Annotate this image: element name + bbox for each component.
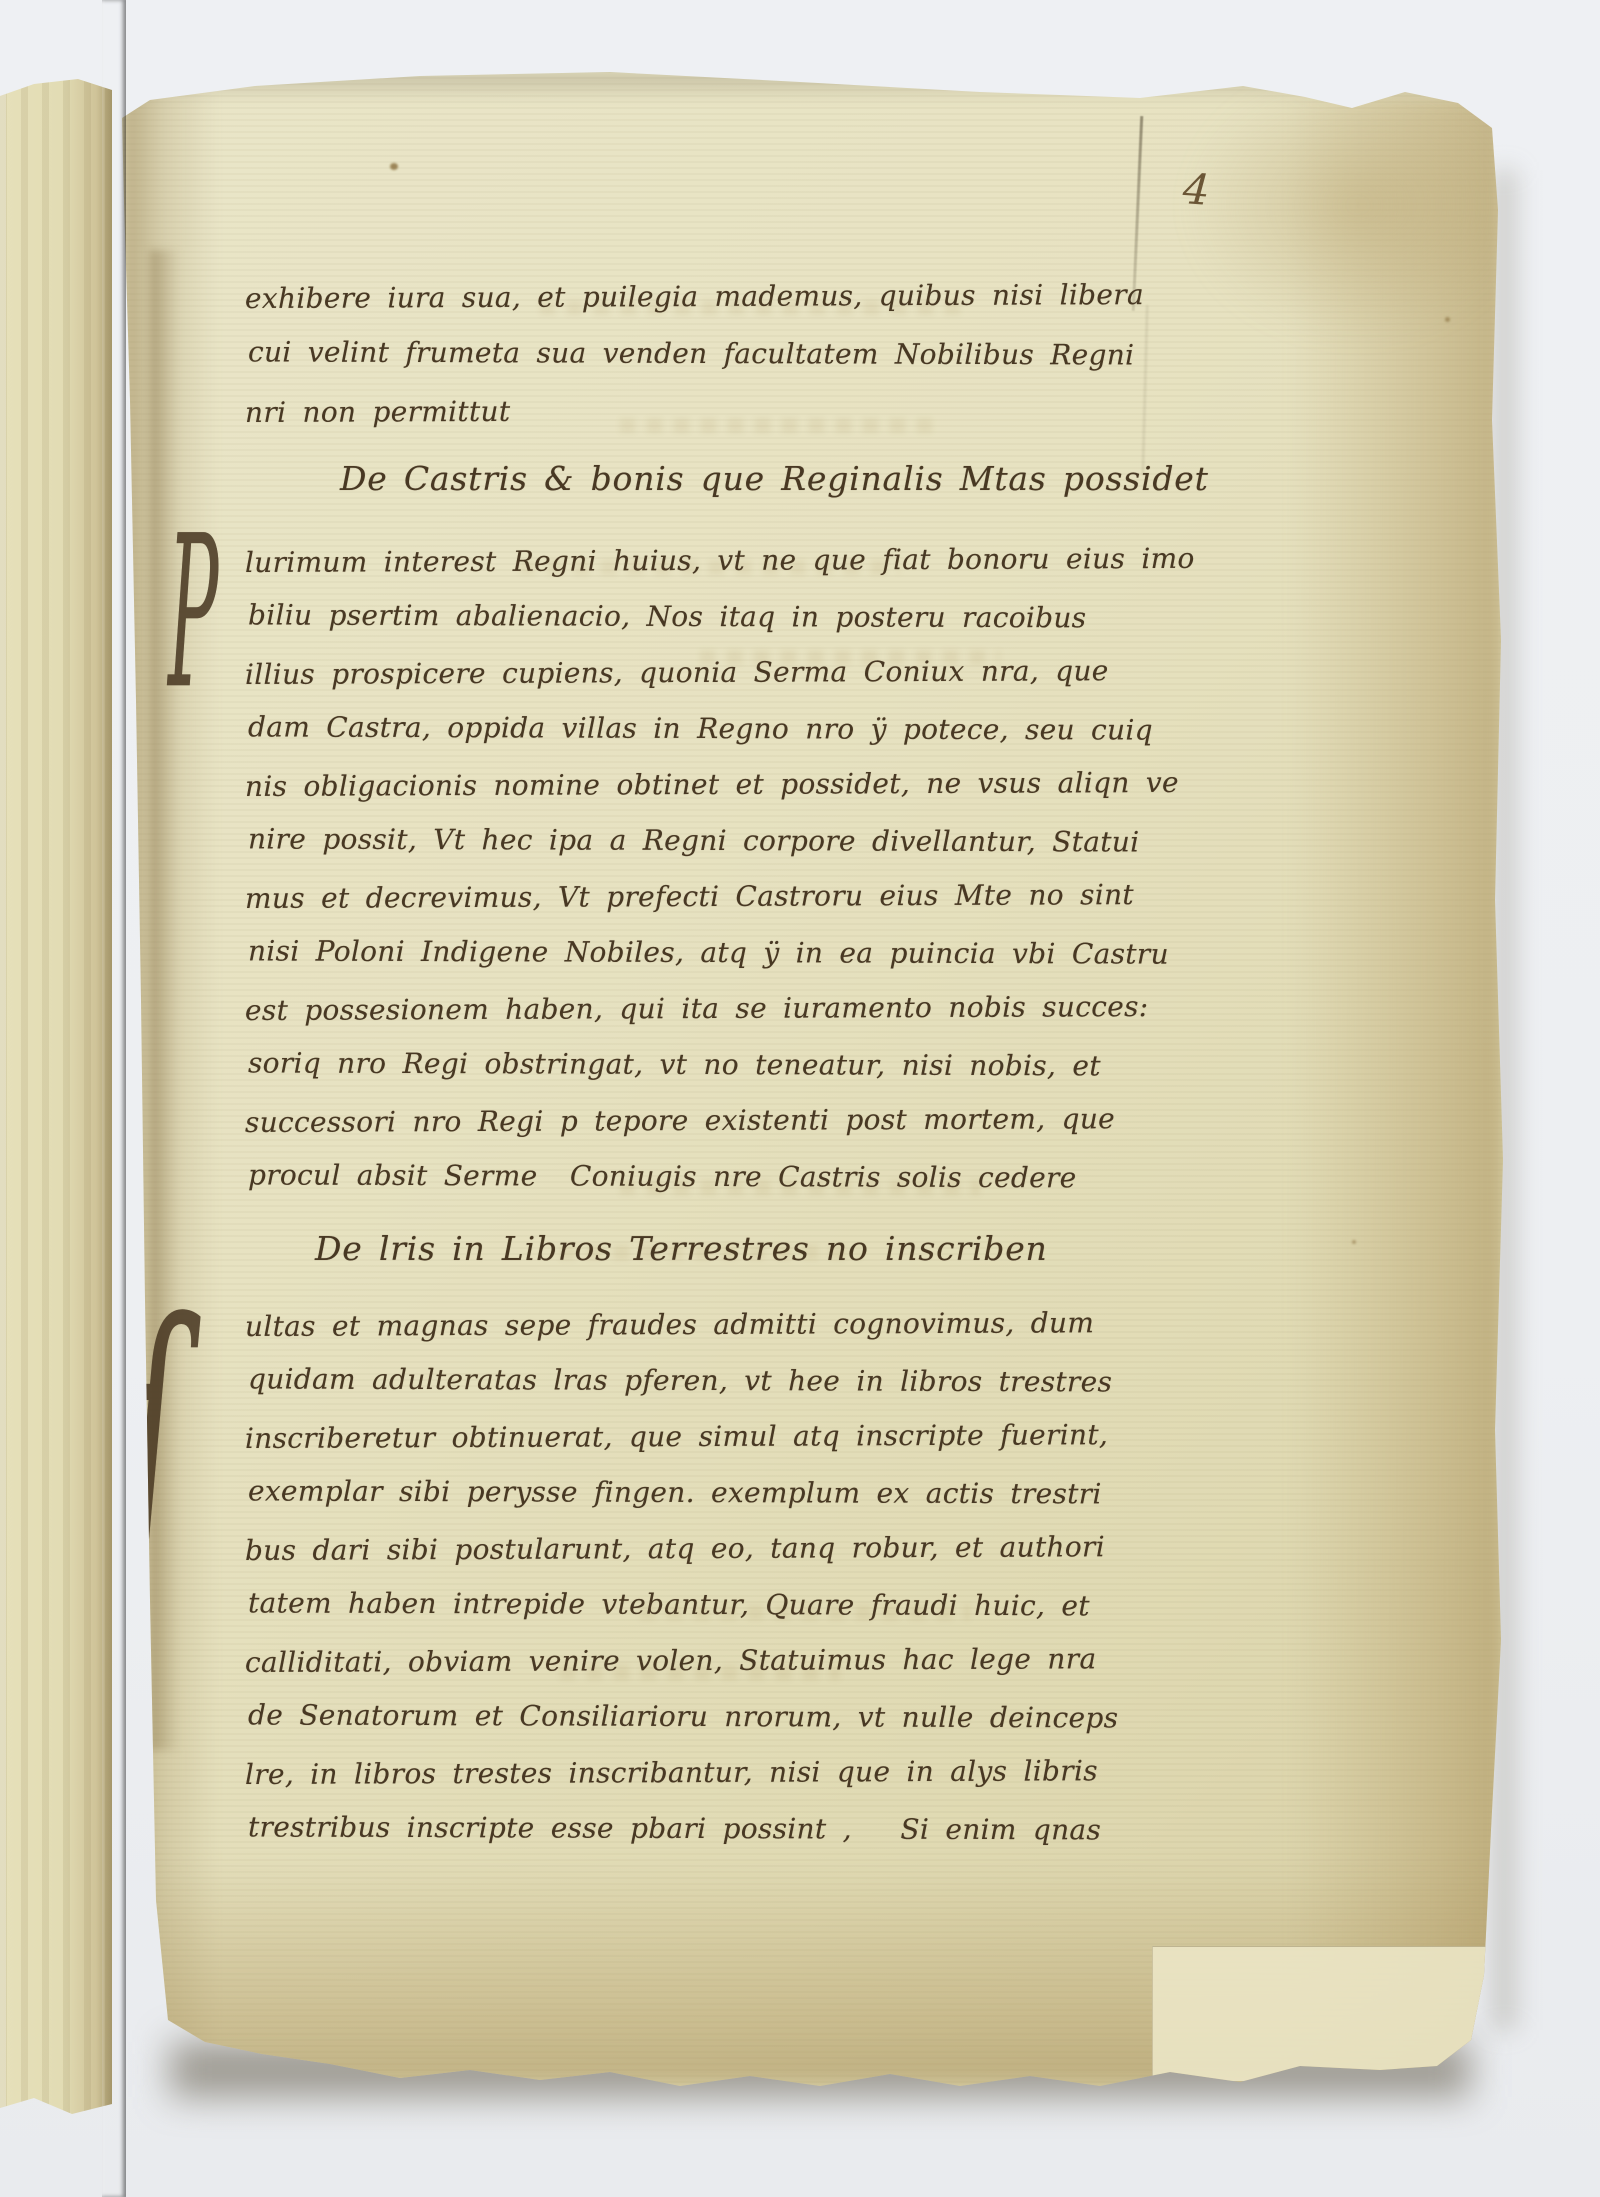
ink-speck bbox=[1352, 1240, 1356, 1244]
text-line: dam Castra, oppida villas in Regno nro ÿ… bbox=[248, 699, 1158, 758]
underlying-page-stack bbox=[0, 0, 112, 2197]
text-line: de Senatorum et Consiliarioru nrorum, vt… bbox=[248, 1687, 1158, 1746]
text-line: lurimum interest Regni huius, vt ne que … bbox=[245, 531, 1155, 591]
text-line: nisi Poloni Indigene Nobiles, atq ÿ in e… bbox=[248, 923, 1158, 982]
text-line: calliditati, obviam venire volen, Statui… bbox=[245, 1631, 1155, 1691]
repair-patch bbox=[1152, 1946, 1487, 2081]
folio-number: 4 bbox=[1181, 164, 1211, 215]
text-line: inscriberetur obtinuerat, que simul atq … bbox=[245, 1407, 1155, 1467]
text-line: tatem haben intrepide vtebantur, Quare f… bbox=[248, 1575, 1158, 1634]
text-line: successori nro Regi p tepore existenti p… bbox=[245, 1091, 1155, 1151]
text-line: ultas et magnas sepe fraudes admitti cog… bbox=[245, 1295, 1155, 1355]
section-heading-libros: De lris in Libros Terrestres no inscribe… bbox=[315, 1219, 1155, 1279]
section-heading-castris: De Castris & bonis que Reginalis Mtas po… bbox=[340, 449, 1155, 509]
text-line: trestribus inscripte esse pbari possint … bbox=[248, 1799, 1158, 1858]
ink-speck bbox=[390, 163, 398, 170]
manuscript-page: 4 P ſ exhibere iura sua, et puilegia mad… bbox=[0, 0, 1600, 2197]
text-line: nire possit, Vt hec ipa a Regni corpore … bbox=[248, 811, 1158, 870]
text-line: biliu psertim abalienacio, Nos itaq in p… bbox=[248, 587, 1158, 646]
section-castris-paragraph: lurimum interest Regni huius, vt ne que … bbox=[245, 533, 1155, 1205]
book-weight-bar bbox=[102, 0, 126, 2197]
handwritten-text: exhibere iura sua, et puilegia mademus, … bbox=[245, 268, 1155, 1857]
text-line: cui velint frumeta sua venden facultatem… bbox=[248, 323, 1158, 383]
text-line: exemplar sibi perysse fingen. exemplum e… bbox=[248, 1463, 1158, 1522]
text-line: exhibere iura sua, et puilegia mademus, … bbox=[245, 266, 1155, 327]
text-line: bus dari sibi postularunt, atq eo, tanq … bbox=[245, 1519, 1155, 1579]
right-edge-stain bbox=[1290, 95, 1505, 2085]
text-line: quidam adulteratas lras pferen, vt hee i… bbox=[248, 1351, 1158, 1410]
top-right-stain bbox=[1130, 85, 1510, 385]
intro-paragraph: exhibere iura sua, et puilegia mademus, … bbox=[245, 268, 1155, 439]
initial-letter-p: P bbox=[168, 492, 218, 736]
text-line: soriq nro Regi obstringat, vt no teneatu… bbox=[248, 1035, 1158, 1094]
text-line: mus et decrevimus, Vt prefecti Castroru … bbox=[245, 867, 1155, 927]
section-libros-paragraph: ultas et magnas sepe fraudes admitti cog… bbox=[245, 1297, 1155, 1857]
text-line: lre, in libros trestes inscribantur, nis… bbox=[245, 1743, 1155, 1803]
text-line: nri non permittut bbox=[245, 380, 1155, 441]
text-line: est possesionem haben, qui ita se iurame… bbox=[245, 979, 1155, 1039]
text-line: procul absit Serme Coniugis nre Castris … bbox=[248, 1147, 1158, 1206]
manuscript-photo: 4 P ſ exhibere iura sua, et puilegia mad… bbox=[0, 0, 1600, 2197]
text-line: illius prospicere cupiens, quonia Serma … bbox=[245, 643, 1155, 703]
ink-speck bbox=[1445, 317, 1450, 322]
text-line: nis obligacionis nomine obtinet et possi… bbox=[245, 755, 1155, 815]
